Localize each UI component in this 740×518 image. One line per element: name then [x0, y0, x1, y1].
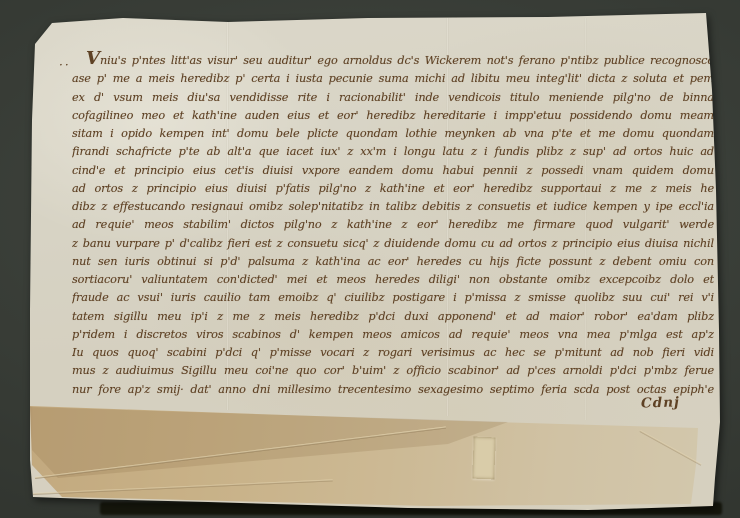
- text-line: cofagilineo meo et kath'ine auden eius e…: [72, 107, 714, 125]
- text-line: sitam i opido kempen int' domu bele plic…: [72, 125, 714, 143]
- text-line: sortiacoru' valiuntatem con'dicted' mei …: [72, 271, 714, 289]
- text-line: Vniu's p'ntes litt'as visur' seu auditur…: [72, 50, 714, 70]
- notarial-closing-mark: Cdnj: [641, 394, 680, 411]
- text-line: tatem sigillu meu ip'i z me z meis hered…: [72, 308, 714, 326]
- archival-photo-background: ·· Vniu's p'ntes litt'as visur' seu audi…: [0, 0, 740, 518]
- text-line: cind'e et principio eius cet'is diuisi v…: [72, 162, 714, 180]
- text-line: dibz z effestucando resignaui omibz sole…: [72, 198, 714, 216]
- text-line: ase p' me a meis heredibz p' certa i ius…: [72, 70, 714, 88]
- text-line: mus z audiuimus Sigillu meu coi'ne quo c…: [72, 362, 714, 380]
- text-line: z banu vurpare p' d'calibz fieri est z c…: [72, 235, 714, 253]
- text-line: firandi schafricte p'te ab alt'a que iac…: [72, 143, 714, 161]
- marginal-mark: ··: [59, 58, 71, 72]
- text-line: nur fore ap'z smij· dat' anno dni milles…: [72, 381, 714, 399]
- manuscript-text: Vniu's p'ntes litt'as visur' seu auditur…: [72, 50, 714, 399]
- parchment-wrap: ·· Vniu's p'ntes litt'as visur' seu audi…: [0, 0, 740, 518]
- text-line: ad ortos z principio eius diuisi p'fatis…: [72, 180, 714, 198]
- text-line: fraude ac vsui' iuris cauilio tam emoibz…: [72, 289, 714, 307]
- text-line: ad requie' meos stabilim' dictos pilg'no…: [72, 216, 714, 234]
- seal-tag-slit: [472, 437, 495, 480]
- parchment-charter: ·· Vniu's p'ntes litt'as visur' seu audi…: [28, 10, 720, 513]
- text-line: ex d' vsum meis diu'sa vendidisse rite i…: [72, 89, 714, 107]
- text-line: p'ridem i discretos viros scabinos d' ke…: [72, 326, 714, 344]
- text-line: nut sen iuris obtinui si p'd' palsuma z …: [72, 253, 714, 271]
- text-line: Iu quos quoq' scabini p'dci q' p'misse v…: [72, 344, 714, 362]
